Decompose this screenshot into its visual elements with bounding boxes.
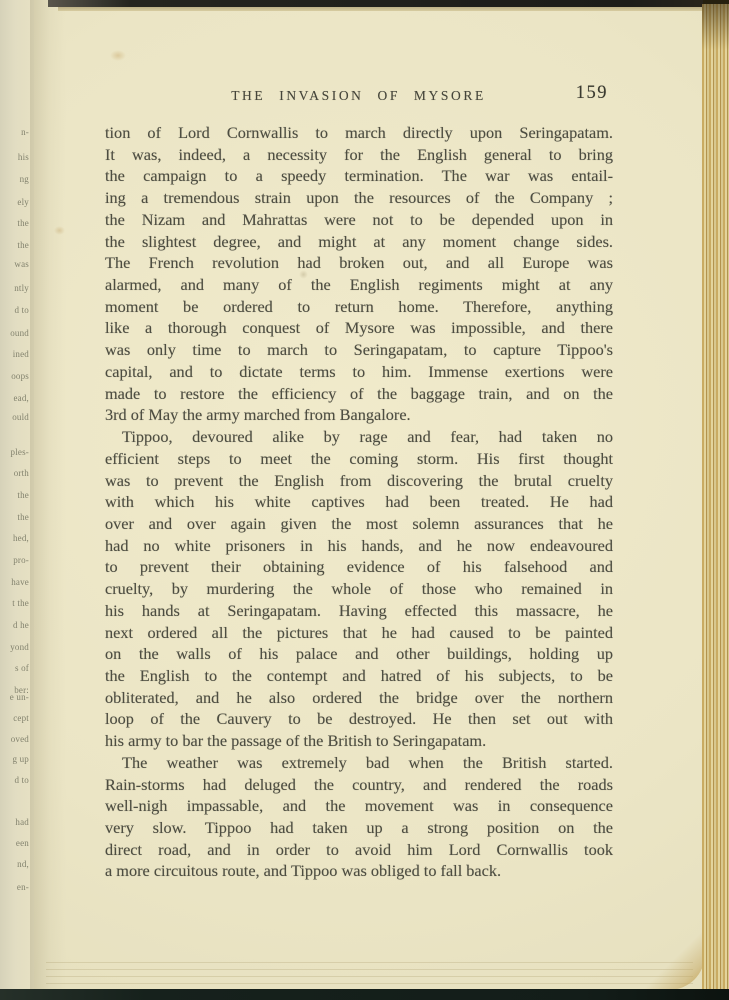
- text-line: direct road, and in order to avoid him L…: [105, 839, 613, 861]
- facing-page-fragment: the: [17, 218, 29, 228]
- facing-page-fragment: have: [11, 577, 29, 587]
- facing-page-fragment: ntly: [14, 283, 29, 293]
- facing-page-fragment: d to: [14, 775, 29, 785]
- facing-page-fragment: n-: [21, 127, 29, 137]
- stacked-page-edge-lines: [46, 956, 693, 988]
- facing-page-fragment: orth: [14, 468, 29, 478]
- body-text-block: tion of Lord Cornwallis to march directl…: [105, 122, 613, 882]
- text-line: 3rd of May the army marched from Bangalo…: [105, 404, 613, 426]
- text-line: efficient steps to meet the coming storm…: [105, 448, 613, 470]
- running-header: THE INVASION OF MYSORE 159: [105, 88, 612, 112]
- facing-page-fragment: e un-: [10, 692, 29, 702]
- paper-stain: [110, 50, 126, 61]
- text-line: obliterated, and he also ordered the bri…: [105, 687, 613, 709]
- facing-page-fragment: cept: [13, 713, 29, 723]
- text-line: ing a tremendous strain upon the resourc…: [105, 187, 613, 209]
- text-line: next ordered all the pictures that he ha…: [105, 622, 613, 644]
- facing-page-fragment: ely: [17, 197, 29, 207]
- text-line: alarmed, and many of the English regimen…: [105, 274, 613, 296]
- facing-page-fragment: d to: [14, 305, 29, 315]
- facing-page-fragment: had: [15, 817, 29, 827]
- text-line: his hands at Seringapatam. Having effect…: [105, 600, 613, 622]
- text-line: the Nizam and Mahrattas were not to be d…: [105, 209, 613, 231]
- facing-page-fragment: ound: [10, 328, 29, 338]
- text-line: moment be ordered to return home. Theref…: [105, 296, 613, 318]
- facing-page-fragment: en-: [17, 882, 29, 892]
- facing-page-fragment: oops: [11, 371, 29, 381]
- facing-page-fragment: hed,: [13, 533, 29, 543]
- facing-page-fragment: ead,: [13, 393, 29, 403]
- scanned-book-page: THE INVASION OF MYSORE 159 tion of Lord …: [0, 0, 729, 1000]
- text-line: the slightest degree, and might at any m…: [105, 231, 613, 253]
- facing-page-fragment: was: [14, 259, 29, 269]
- text-line: well-nigh impassable, and the movement w…: [105, 795, 613, 817]
- text-line: was to prevent the English from discover…: [105, 470, 613, 492]
- text-line: It was, indeed, a necessity for the Engl…: [105, 144, 613, 166]
- facing-page-fragment: ined: [13, 349, 29, 359]
- bottom-right-page-curl: [641, 916, 705, 990]
- book-top-edge-highlight: [58, 7, 703, 11]
- text-line: loop of the Cauvery to be destroyed. He …: [105, 708, 613, 730]
- text-line: his army to bar the passage of the Briti…: [105, 730, 613, 752]
- text-line: like a thorough conquest of Mysore was i…: [105, 317, 613, 339]
- page-number: 159: [576, 83, 608, 104]
- facing-page-fragment: d he: [13, 620, 29, 630]
- facing-page-fragment: oved: [11, 734, 29, 744]
- text-line: the English to the contempt and hatred o…: [105, 665, 613, 687]
- facing-page-fragment: een: [16, 838, 29, 848]
- facing-page-fragment: the: [17, 240, 29, 250]
- text-line: with which his white captives had been t…: [105, 491, 613, 513]
- text-line: made to restore the efficiency of the ba…: [105, 383, 613, 405]
- facing-page-fragment: the: [17, 512, 29, 522]
- text-line: very slow. Tippoo had taken up a strong …: [105, 817, 613, 839]
- text-line: capital, and to dictate terms to him. Im…: [105, 361, 613, 383]
- text-line: on the walls of his palace and other bui…: [105, 643, 613, 665]
- text-line: Rain-storms had deluged the country, and…: [105, 774, 613, 796]
- facing-page-fragment: yond: [10, 642, 29, 652]
- facing-page-fragment: t the: [12, 598, 29, 608]
- facing-page-fragment: pro-: [13, 555, 29, 565]
- text-line: tion of Lord Cornwallis to march directl…: [105, 122, 613, 144]
- facing-page-fragment: the: [17, 490, 29, 500]
- text-line: The weather was extremely bad when the B…: [105, 752, 613, 774]
- running-title: THE INVASION OF MYSORE: [105, 88, 612, 104]
- facing-page-fragment: his: [18, 152, 29, 162]
- facing-page-fragment: nd,: [17, 859, 29, 869]
- text-line: was only time to march to Seringapatam, …: [105, 339, 613, 361]
- gutter-facing-page-edge: n-hisngelythethewasntlyd tooundinedoopse…: [0, 0, 34, 1000]
- facing-page-fragment: ples-: [11, 447, 30, 457]
- book-top-edge: [48, 0, 729, 7]
- text-line: had no white prisoners in his hands, and…: [105, 535, 613, 557]
- text-line: Tippoo, devoured alike by rage and fear,…: [105, 426, 613, 448]
- text-line: a more circuitous route, and Tippoo was …: [105, 860, 613, 882]
- text-line: the campaign to a speedy termination. Th…: [105, 165, 613, 187]
- facing-page-fragment: s of: [15, 663, 29, 673]
- book-bottom-edge: [0, 989, 729, 1000]
- facing-page-fragment: ng: [20, 174, 29, 184]
- gutter-fold-shadow: [30, 0, 66, 1000]
- right-page-edges: [702, 4, 729, 992]
- text-line: cruelty, by murdering the whole of those…: [105, 578, 613, 600]
- text-line: The French revolution had broken out, an…: [105, 252, 613, 274]
- facing-page-fragment: g up: [12, 754, 29, 764]
- book-page-paper: THE INVASION OF MYSORE 159 tion of Lord …: [0, 0, 729, 1000]
- facing-page-fragment: ould: [12, 412, 29, 422]
- text-line: to prevent their obtaining evidence of h…: [105, 556, 613, 578]
- text-line: over and over again given the most solem…: [105, 513, 613, 535]
